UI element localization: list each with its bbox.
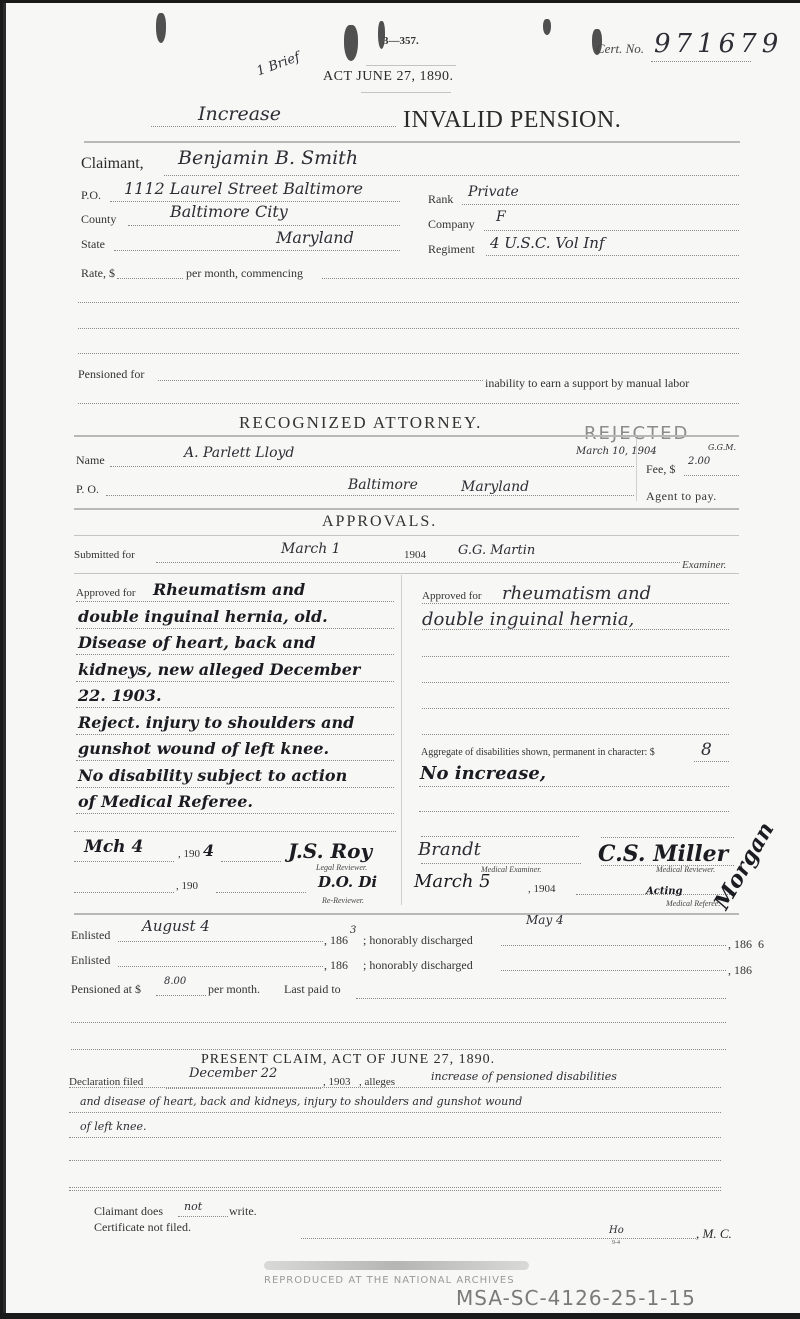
approved-for-right-label: Approved for — [422, 590, 482, 602]
approved-for-right-line: rheumatism and — [502, 583, 651, 604]
discharged-1-date: May 4 — [526, 913, 564, 927]
dotted-rule — [76, 681, 394, 682]
dotted-rule — [69, 1087, 721, 1088]
archive-smudge — [264, 1261, 529, 1270]
aggregate-label: Aggregate of disabilities shown, permane… — [421, 747, 655, 758]
medical-exam-year: , 1904 — [528, 883, 556, 895]
attorney-po-label: P. O. — [76, 482, 99, 497]
approved-for-left-line: Disease of heart, back and — [78, 633, 316, 652]
discharged-2-year-prefix: , 186 — [728, 963, 752, 978]
agent-to-pay-label: Agent to pay. — [646, 489, 717, 504]
mc-label: , M. C. — [696, 1226, 732, 1242]
submitted-date: March 1 — [281, 541, 341, 557]
aggregate-value: 8 — [701, 740, 712, 760]
approved-for-left-line: Rheumatism and — [153, 580, 305, 599]
re-reviewer-label: Re-Reviewer. — [322, 896, 364, 905]
act-line: ACT JUNE 27, 1890. — [323, 69, 453, 85]
approved-for-left-line: No disability subject to action — [78, 766, 347, 785]
alleges-line: of left knee. — [80, 1120, 146, 1133]
attorney-po-state: Maryland — [461, 479, 529, 495]
dotted-rule — [76, 760, 394, 761]
legal-reviewer-label: Legal Reviewer. — [316, 863, 367, 872]
dotted-rule — [76, 707, 394, 708]
medical-exam-date: March 5 — [414, 871, 491, 892]
approved-for-left-line: kidneys, new alleged December — [78, 660, 360, 679]
medical-reviewer-label: Medical Reviewer. — [656, 865, 715, 874]
re-reviewer-signature: D.O. Di — [318, 873, 377, 891]
discharged-1-label: ; honorably discharged — [363, 933, 473, 948]
pensioned-at-value: 8.00 — [164, 976, 186, 987]
mc-small-note: 9-4 — [612, 1240, 620, 1246]
reproduced-notice: REPRODUCED AT THE NATIONAL ARCHIVES — [264, 1275, 515, 1286]
dotted-rule — [69, 1137, 721, 1138]
approvals-heading: APPROVALS. — [322, 513, 437, 531]
regiment-label: Regiment — [428, 242, 475, 257]
pension-document: 3—357. 1 Brief Cert. No. 971679 ACT JUNE… — [3, 3, 800, 1313]
attorney-date-note: March 10, 1904 — [576, 446, 657, 457]
county-label: County — [81, 212, 116, 227]
attorney-po-city: Baltimore — [348, 477, 418, 493]
fee-value: 2.00 — [688, 456, 710, 467]
approved-for-left-line: of Medical Referee. — [78, 792, 253, 811]
approved-for-left-line: Reject. injury to shoulders and — [78, 713, 354, 732]
company-label: Company — [428, 217, 475, 232]
pensioned-for-suffix: inability to earn a support by manual la… — [485, 376, 689, 391]
cert-number: 971679 — [654, 29, 783, 59]
declaration-date: December 22 — [189, 1066, 277, 1081]
pensioned-for-label: Pensioned for — [78, 367, 144, 382]
discharged-1-year-prefix: , 186 — [728, 937, 752, 952]
medical-examiner-signature: Brandt — [418, 839, 481, 860]
claimant-does-value: not — [184, 1200, 202, 1213]
enlisted-1-year-prefix: , 186 — [324, 933, 348, 948]
approved-for-left-line: double inguinal hernia, old. — [78, 607, 328, 626]
submitted-year: 1904 — [404, 549, 426, 561]
rate-mid-label: per month, commencing — [186, 266, 303, 281]
attorney-name-label: Name — [76, 453, 105, 468]
approved-for-left-line: gunshot wound of left knee. — [78, 739, 329, 758]
claimant-name: Benjamin B. Smith — [178, 147, 358, 169]
ink-blot — [344, 25, 358, 61]
discharged-1-year-digit: 6 — [758, 937, 764, 952]
fee-label: Fee, $ — [646, 462, 675, 477]
attorney-heading: RECOGNIZED ATTORNEY. — [239, 413, 482, 433]
enlisted-1-year-digit: 3 — [350, 925, 356, 936]
enlisted-1-date: August 4 — [142, 917, 210, 935]
archive-id: MSA-SC-4126-25-1-15 — [456, 1286, 696, 1310]
regiment-value: 4 U.S.C. Vol Inf — [490, 234, 605, 252]
enlisted-2-label: Enlisted — [71, 953, 110, 968]
company-value: F — [496, 209, 506, 225]
cert-label: Cert. No. — [596, 41, 644, 57]
discharged-2-label: ; honorably discharged — [363, 958, 473, 973]
approved-for-left-label: Approved for — [76, 587, 136, 599]
legal-review-year-prefix: , 190 — [178, 848, 200, 860]
county-value: Baltimore City — [170, 202, 288, 221]
attorney-name-value: A. Parlett Lloyd — [184, 445, 294, 461]
claimant-does-label: Claimant does — [94, 1204, 163, 1219]
legal-review-date: Mch 4 — [84, 837, 143, 857]
top-notation: 1 Brief — [255, 50, 302, 79]
dotted-rule — [76, 734, 394, 735]
submitted-label: Submitted for — [74, 549, 135, 561]
alleges-line: and disease of heart, back and kidneys, … — [80, 1095, 522, 1108]
acting-note: Acting — [646, 886, 683, 897]
state-value: Maryland — [276, 228, 354, 247]
approved-for-right-line: double inguinal hernia, — [422, 609, 634, 630]
dotted-rule — [76, 601, 394, 602]
mc-state: Ho — [609, 1225, 624, 1236]
dotted-rule — [76, 787, 394, 788]
certificate-not-filed: Certificate not filed. — [94, 1220, 191, 1235]
form-number: 3—357. — [383, 35, 419, 47]
alleges-line: increase of pensioned disabilities — [431, 1070, 617, 1083]
page-title: INVALID PENSION. — [403, 107, 621, 134]
enlisted-1-label: Enlisted — [71, 928, 110, 943]
claim-type: Increase — [198, 103, 281, 125]
approved-for-left-line: 22. 1903. — [78, 686, 162, 705]
per-month-label: per month. — [208, 982, 260, 997]
dotted-rule — [76, 628, 394, 629]
attorney-initials-note: G.G.M. — [708, 443, 736, 452]
po-label: P.O. — [81, 188, 101, 203]
ink-blot — [156, 13, 166, 43]
rank-label: Rank — [428, 192, 453, 207]
claimant-label: Claimant, — [81, 155, 144, 173]
re-reviewer-year: , 190 — [176, 880, 198, 892]
pensioned-at-label: Pensioned at $ — [71, 982, 141, 997]
po-value: 1112 Laurel Street Baltimore — [124, 179, 363, 198]
ink-blot — [543, 19, 551, 35]
examiner-label: Examiner. — [682, 559, 726, 571]
dotted-rule — [76, 654, 394, 655]
medical-reviewer-signature: C.S. Miller — [598, 841, 728, 867]
enlisted-2-year-prefix: , 186 — [324, 958, 348, 973]
last-paid-label: Last paid to — [284, 982, 341, 997]
aggregate-note: No increase, — [420, 763, 546, 784]
write-label: write. — [229, 1204, 257, 1219]
rate-label: Rate, $ — [81, 266, 115, 281]
rank-value: Private — [468, 184, 519, 200]
dotted-rule — [69, 1112, 721, 1113]
dotted-rule — [76, 813, 394, 814]
state-label: State — [81, 237, 105, 252]
examiner-name: G.G. Martin — [458, 543, 535, 558]
legal-review-year-digit: 4 — [203, 841, 214, 860]
legal-reviewer-signature: J.S. Roy — [288, 839, 372, 863]
